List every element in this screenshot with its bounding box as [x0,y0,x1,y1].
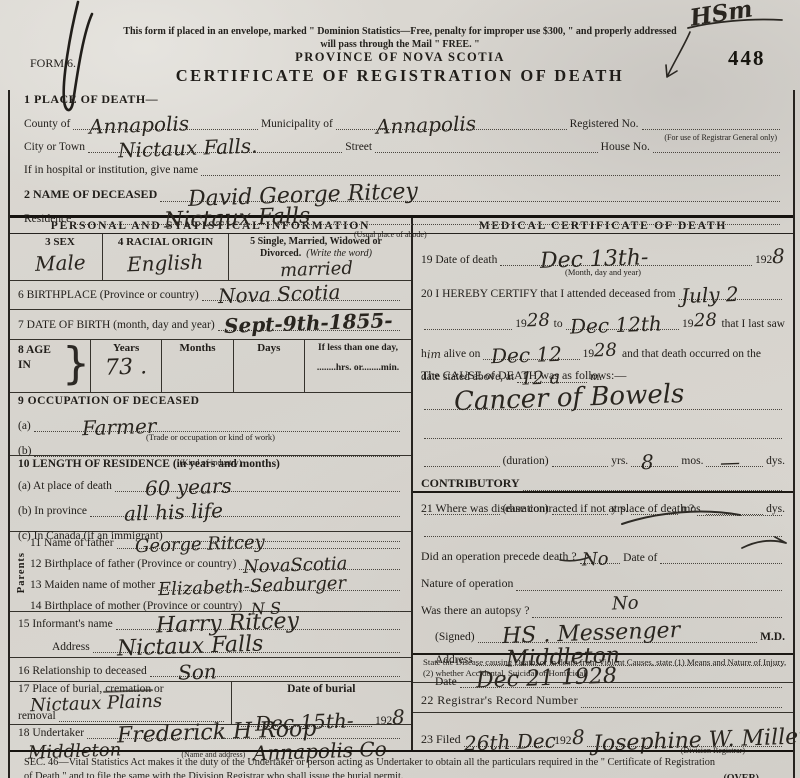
burial-date-label: Date of burial [238,683,405,695]
dod-year-hw: 8 [772,246,785,266]
duration-mos-field: — [706,462,763,467]
father-birthplace-row: 12 Birthplace of father (Province or cou… [30,558,403,570]
relationship-label: 16 Relationship to deceased [18,665,147,677]
burial-year-printed: 192 [375,715,392,727]
duration-label-1: (duration) [503,455,549,467]
filed-year-hw: 8 [571,727,584,747]
registered-no-label: Registered No. [570,118,639,130]
residence-b-field: all his life [90,512,400,517]
mother-name-value: Elizabeth-Seaburger [158,575,347,600]
date-of-death-label: 19 Date of death [421,254,497,266]
contributory-row: CONTRIBUTORY [421,476,785,491]
sec46-line1: SEC. 46—Vital Statistics Act makes it th… [24,756,781,770]
dob-field: Sept-9th-1855- [218,326,400,331]
residence-b-row: (b) In province all his life [18,505,403,517]
parents-fields: 11 Name of father George Ritcey 12 Birth… [30,535,403,611]
birthplace-field: Nova Scotia [202,296,400,301]
sex-value: Male [34,252,85,274]
cause-field-line1: Cancer of Bowels [424,405,782,410]
residence-row: Residence Nictaux Falls (Usual place of … [24,213,783,225]
nature-label: Nature of operation [421,576,513,591]
certify-seen-field: Dec 12 [483,355,579,360]
year2-hw: 28 [693,312,717,331]
certify-leader [424,325,512,330]
duration-yrs-field: 8 [631,462,678,467]
racial-origin-cell: 4 RACIAL ORIGIN English [102,234,228,280]
certify-seen-value: Dec 12 [491,344,563,366]
municipality-label: Municipality of [261,118,333,130]
md-label: M.D. [760,631,785,643]
year1-hw: 28 [526,312,550,331]
q21-field-line2 [424,532,782,537]
parents-vertical-label: Parents [12,535,30,611]
deceased-name-label: 2 NAME OF DECEASED [24,187,157,202]
occupation-a-field: Farmer [34,427,400,432]
certify-to-value: Dec 12th [569,313,661,336]
age-days-label: Days [234,342,304,354]
occupation-b-label: (b) [18,445,31,457]
informant-name-row: 15 Informant's name Harry Ritcey [18,618,403,630]
burial-place-cell: 17 Place of burial, cremation or Nictaux… [10,682,231,724]
sex-label: 3 SEX [22,236,98,248]
marital-label-line2: Divorced. [260,248,301,259]
deceased-name-field: David George Ritcey [160,197,780,202]
municipality-field: Annapolis [336,125,567,130]
father-name-value: George Ritcey [134,534,264,557]
certify-line3: him alive on Dec 12 1928 and that death … [421,342,785,360]
mother-birthplace-row: 14 Birthplace of mother (Province or cou… [30,600,403,612]
operation-label: Did an operation precede death ? [421,549,577,564]
street-label: Street [345,141,372,153]
dys-label-1: dys. [766,455,785,467]
informant-section: 15 Informant's name Harry Ritcey Address… [10,612,411,658]
mail-notice-line1: This form if placed in an envelope, mark… [0,26,800,37]
residence-field: Nictaux Falls [74,220,780,225]
occupation-a-value: Farmer [81,416,156,439]
date-of-death-value: Dec 13th- [540,247,649,273]
birthplace-label: 6 BIRTHPLACE (Province or country) [18,289,199,301]
residence-label: Residence [24,213,71,225]
duration-row-1: (duration) yrs. 8 mos. — dys. [421,455,785,467]
marital-value: married [279,260,353,281]
personal-column: PERSONAL AND STATISTICAL INFORMATION 3 S… [10,218,413,750]
birthplace-value: Nova Scotia [217,282,340,306]
age-brace: } [62,340,90,392]
registered-no-note: (For use of Registrar General only) [664,133,777,142]
age-days-col: Days [233,340,304,392]
sec46-line2: of Death " and to file the same with the… [24,770,781,778]
certify-him-hw: im [427,349,441,360]
duration-gap-1 [552,462,609,467]
duration-gap-2 [552,510,609,515]
cause-field-line2 [424,434,782,439]
mail-notice-line2-pre: will pass through the Mail [320,39,434,50]
dob-value: Sept-9th-1855- [223,310,392,336]
death-certificate-scan: This form if placed in an envelope, mark… [0,0,800,778]
autopsy-field: No [532,613,782,618]
informant-name-label: 15 Informant's name [18,618,113,630]
age-hours-col: If less than one day, ........hrs. or...… [304,340,411,392]
certify-line2: 1928 to Dec 12th 1928 that I last saw [421,312,785,330]
house-no-field [653,148,780,153]
street-field [375,148,598,153]
duration-leader-2 [424,510,500,515]
year3-printed: 19 [583,348,595,360]
age-months-label: Months [162,342,232,354]
certify-line2-end: that I last saw [721,318,785,330]
hospital-label: If in hospital or institution, give name [24,164,198,176]
filed-date-field: 26th Dec [464,742,552,747]
place-of-death-heading: 1 PLACE OF DEATH— [24,92,783,107]
undertaker-label: 18 Undertaker [18,727,84,739]
age-years-col: Years 73 . [90,340,161,392]
year2-printed: 19 [682,318,694,330]
relationship-field: Son [150,672,400,677]
hospital-field [201,171,780,176]
medical-column: MEDICAL CERTIFICATE OF DEATH 19 Date of … [413,218,793,750]
operation-date-label: Date of [623,552,657,564]
residence-a-field: 60 years [115,487,400,492]
occupation-b-row: (b) [18,445,403,457]
cause-label: The CAUSE of DEATH was as follows:— [421,368,785,383]
certify-to-field: Dec 12th [566,325,679,330]
marital-note: (Write the word) [306,248,372,259]
signed-row: (Signed) HS . Messenger M.D. [421,631,785,643]
age-years-value: 73 . [105,356,148,379]
father-birthplace-field: NovaScotia [239,565,400,570]
occupation-a-label: (a) [18,420,31,432]
certificate-number-stamp: 448 [728,46,766,71]
over-label: (OVER) [723,772,759,778]
occupation-a-note: (Trade or occupation or kind of work) [18,432,403,442]
residence-b-value: all his life [124,500,224,523]
contributory-label: CONTRIBUTORY [421,476,520,491]
operation-value: No [581,551,608,570]
father-name-field: George Ritcey [117,544,400,549]
informant-address-value: Nictaux Falls [116,633,263,660]
county-label: County of [24,118,70,130]
informant-address-field: Nictaux Falls [93,648,400,653]
filed-row: 23 Filed 26th Dec 1928 Josephine W. Mill… [413,713,793,753]
sec46-notice: SEC. 46—Vital Statistics Act makes it th… [10,750,793,778]
contributory-field [523,486,782,491]
signed-label: (Signed) [435,631,475,643]
county-field: Annapolis [73,125,258,130]
registered-no-field [642,125,780,130]
residence-a-label: (a) At place of death [18,480,112,492]
certificate-date-field: Dec 21 1928 [460,683,782,688]
certify-line1: ​20 I HEREBY CERTIFY that I attended dec… [421,288,785,300]
certify-from-value: July 2 [680,284,738,306]
mother-birthplace-label: 14 Birthplace of mother (Province or cou… [30,600,242,612]
certify-line3-end: and that death occurred on the [622,348,761,360]
occupation-b-field [34,452,400,457]
record-number-label: 22 Registrar's Record Number [421,693,578,708]
certify-line1-text: 20 I HEREBY CERTIFY that I attended dece… [421,288,676,300]
residence-value: Nictaux Falls [164,205,311,232]
form-frame: 1 PLACE OF DEATH— County of Annapolis Mu… [8,90,795,778]
house-no-label: House No. [601,141,650,153]
mail-notice-line2-free: " FREE. " [434,39,479,50]
date-of-death-field: Dec 13th- [500,261,752,266]
age-months-col: Months [161,340,232,392]
residence-note: (Usual place of abode) [354,230,427,239]
city-value: Nictaux Falls. [118,136,258,161]
informant-name-field: Harry Ritcey [116,625,400,630]
q21-field [697,511,782,516]
length-of-residence-section: 10 LENGTH OF RESIDENCE (in years and mon… [10,456,411,532]
autopsy-row: Was there an autopsy ? No [421,603,785,618]
informant-address-row: Address Nictaux Falls [18,641,403,653]
yrs-label-1: yrs. [611,455,628,467]
date-of-death-row: 19 Date of death Dec 13th- 1928 (Month, … [413,234,793,282]
sex-cell: 3 SEX Male [18,234,102,280]
filed-year-printed: 192 [554,735,571,747]
relationship-section: 16 Relationship to deceased Son [10,658,411,682]
residence-b-label: (b) In province [18,505,87,517]
operation-field: No [580,559,621,564]
residence-a-row: (a) At place of death 60 years [18,480,403,492]
duration-yrs-value: 8 [641,452,654,472]
mos-label-1: mos. [681,455,703,467]
occupation-section: 9 OCCUPATION OF DECEASED (a) Farmer (Tra… [10,393,411,456]
burial-section: 17 Place of burial, cremation or Nictaux… [10,682,411,725]
father-name-label: 11 Name of father [30,537,114,549]
city-field: Nictaux Falls. [88,148,342,153]
autopsy-value: No [612,595,639,614]
informant-address-label: Address [52,641,90,653]
place-of-death-section: 1 PLACE OF DEATH— County of Annapolis Mu… [10,90,793,215]
mother-name-field: Elizabeth-Seaburger [158,586,400,591]
dod-year-printed: 192 [755,254,772,266]
operation-date-field [660,559,782,564]
province-heading: PROVINCE OF NOVA SCOTIA [0,50,800,65]
age-years-label: Years [91,342,161,354]
age-label-line1: 8 AGE [18,343,62,358]
city-label: City or Town [24,141,85,153]
cause-of-death-section: The CAUSE of DEATH was as follows:— Canc… [413,360,793,493]
occupation-heading: 9 OCCUPATION OF DECEASED [18,395,403,407]
mother-name-row: 13 Maiden name of mother Elizabeth-Seabu… [30,579,403,591]
certify-paragraph: ​20 I HEREBY CERTIFY that I attended dec… [413,282,793,360]
year3-hw: 28 [594,342,618,361]
occupation-a-row: (a) Farmer [18,420,403,432]
racial-origin-label: 4 RACIAL ORIGIN [107,236,224,248]
age-label-line2: IN [18,358,62,373]
residence-a-value: 60 years [145,475,232,498]
dob-row: 7 DATE OF BIRTH (month, day and year) Se… [10,310,411,340]
age-less-units: ........hrs. or........min. [307,363,409,373]
duration-mos-value: — [720,452,741,473]
two-column-area: PERSONAL AND STATISTICAL INFORMATION 3 S… [10,215,793,750]
age-label: 8 AGE IN [10,340,62,392]
birthplace-row: 6 BIRTHPLACE (Province or country) Nova … [10,281,411,310]
hospital-row: If in hospital or institution, give name [24,164,783,176]
year1-printed: 19 [515,318,527,330]
father-birthplace-label: 12 Birthplace of father (Province or cou… [30,558,236,570]
age-columns: Years 73 . Months Days If less than one … [90,340,411,392]
residence-heading: 10 LENGTH OF RESIDENCE (in years and mon… [18,458,403,470]
cause-value: Cancer of Bowels [454,381,685,415]
age-row: 8 AGE IN } Years 73 . Months Days [10,340,411,393]
mail-notice-line2: will pass through the Mail " FREE. " [0,39,800,50]
parents-label-text: Parents [16,552,27,593]
questions-section: 21 Where was disease contracted if not a… [413,493,793,653]
certificate-date-value: Dec 21 1928 [475,666,617,693]
municipality-value: Annapolis [375,113,476,136]
operation-row: Did an operation precede death ? No Date… [421,549,785,564]
parents-section: Parents 11 Name of father George Ritcey … [10,532,411,612]
county-value: Annapolis [89,113,190,136]
autopsy-label: Was there an autopsy ? [421,603,529,618]
dob-label: 7 DATE OF BIRTH (month, day and year) [18,319,215,331]
age-less-label: If less than one day, [307,343,409,353]
filed-label: 23 Filed [421,732,461,747]
record-number-field [581,703,782,708]
certify-from-field: July 2 [679,295,782,300]
mother-name-label: 13 Maiden name of mother [30,579,155,591]
burial-place-value: Nictaux Plains [30,693,163,716]
racial-origin-value: English [127,252,204,275]
certificate-title: CERTIFICATE OF REGISTRATION OF DEATH [0,66,800,86]
county-row: County of Annapolis Municipality of Anna… [24,118,783,130]
certify-to-label: to [554,318,563,330]
nature-field [516,586,782,591]
relationship-value: Son [177,661,216,682]
city-row: City or Town Nictaux Falls. Street House… [24,141,783,153]
duration-leader-1 [424,462,500,467]
physician-address-field: Middleton [476,661,782,666]
deceased-name-row: 2 NAME OF DECEASED David George Ritcey [24,187,783,202]
certify-alive-label: alive on [444,348,481,360]
burial-year-hw: 8 [392,707,405,727]
marital-cell: 5 Single, Married, Widowed or Divorced. … [228,234,403,280]
sex-race-marital-row: 3 SEX Male 4 RACIAL ORIGIN English 5 Sin… [10,234,411,281]
duration2-yrs-field [631,510,678,515]
nature-row: Nature of operation [421,576,785,591]
